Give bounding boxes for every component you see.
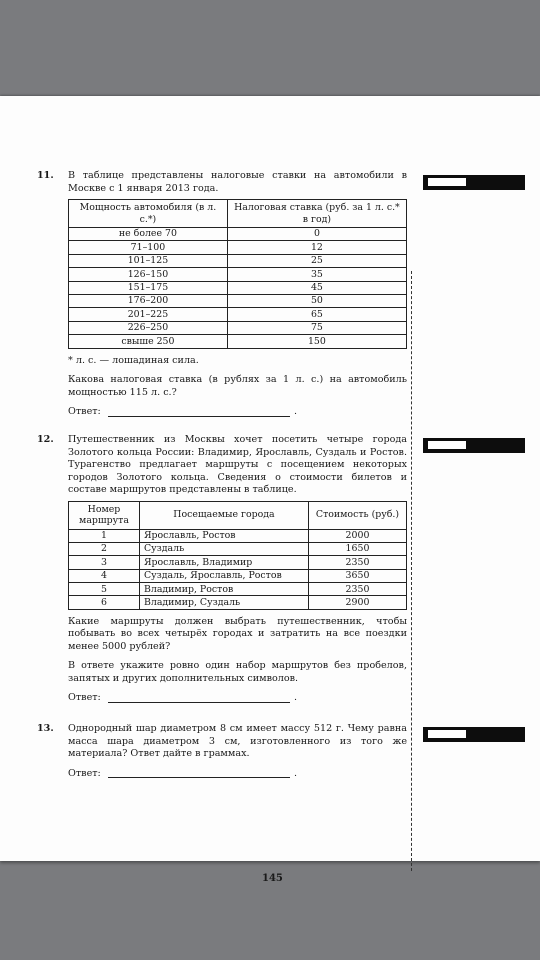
answer-label: Ответ: (68, 406, 108, 419)
table-cell: 3650 (308, 569, 406, 582)
answer-box-cell (428, 730, 466, 738)
table-row: свыше 250150 (69, 335, 407, 348)
task-number: 11. (37, 170, 54, 183)
table-row: 176–20050 (69, 294, 407, 307)
page-number: 145 (262, 873, 283, 884)
table-row: 1Ярославль, Ростов2000 (69, 529, 407, 542)
answer-line: Ответ:. (68, 768, 407, 781)
table-row: 101–12525 (69, 254, 407, 267)
table-row: 71–10012 (69, 241, 407, 254)
task-intro: Путешественник из Москвы хочет посетить … (68, 434, 407, 497)
table-cell: 35 (227, 268, 406, 281)
answer-field[interactable] (108, 407, 290, 417)
table-row: 126–15035 (69, 268, 407, 281)
footnote: * л. с. — лошадиная сила. (68, 355, 407, 368)
table-cell: 12 (227, 241, 406, 254)
answer-label: Ответ: (68, 692, 108, 705)
answer-box-cell (428, 178, 466, 186)
table-cell: 75 (227, 321, 406, 334)
table-cell: 151–175 (69, 281, 228, 294)
table-cell: 101–125 (69, 254, 228, 267)
column-header: Номер маршрута (69, 501, 140, 529)
textbook-page: 11. В таблице представлены налоговые ста… (0, 96, 540, 861)
answer-box-task-13[interactable] (423, 727, 525, 742)
table-cell: 2000 (308, 529, 406, 542)
table-row: 4Суздаль, Ярославль, Ростов3650 (69, 569, 407, 582)
table-cell: 6 (69, 596, 140, 609)
task-number: 12. (37, 434, 54, 447)
task-question: Какие маршруты должен выбрать путешестве… (68, 616, 407, 654)
task-number: 13. (37, 723, 54, 736)
table-cell: 65 (227, 308, 406, 321)
table-cell: 71–100 (69, 241, 228, 254)
table-cell: 226–250 (69, 321, 228, 334)
column-header: Мощность автомобиля (в л. с.*) (69, 200, 228, 228)
table-cell: 2350 (308, 556, 406, 569)
task-intro: В таблице представлены налоговые ставки … (68, 170, 407, 195)
table-cell: 1 (69, 529, 140, 542)
table-row: 5Владимир, Ростов2350 (69, 583, 407, 596)
table-cell: Владимир, Ростов (139, 583, 308, 596)
answer-box-task-12[interactable] (423, 438, 525, 453)
answer-box-task-11[interactable] (423, 175, 525, 190)
table-cell: 50 (227, 294, 406, 307)
table-cell: 0 (227, 228, 406, 241)
tax-rate-table: Мощность автомобиля (в л. с.*) Налоговая… (68, 199, 407, 349)
answer-line: Ответ:. (68, 406, 407, 419)
column-header: Посещаемые города (139, 501, 308, 529)
table-cell: 2350 (308, 583, 406, 596)
answer-box-cell (428, 441, 466, 449)
task-12: 12. Путешественник из Москвы хочет посет… (37, 434, 407, 705)
task-question: Какова налоговая ставка (в рублях за 1 л… (68, 374, 407, 399)
table-row: 6Владимир, Суздаль2900 (69, 596, 407, 609)
answer-field[interactable] (108, 768, 290, 778)
table-cell: свыше 250 (69, 335, 228, 348)
cut-line-divider (411, 271, 412, 871)
column-header: Налоговая ставка (руб. за 1 л. с.* в год… (227, 200, 406, 228)
table-cell: 2900 (308, 596, 406, 609)
table-cell: Ярославль, Владимир (139, 556, 308, 569)
table-row: 3Ярославль, Владимир2350 (69, 556, 407, 569)
table-row: 2Суздаль1650 (69, 542, 407, 555)
table-cell: 2 (69, 542, 140, 555)
answer-line: Ответ:. (68, 692, 407, 705)
table-cell: не более 70 (69, 228, 228, 241)
table-row: 151–17545 (69, 281, 407, 294)
table-cell: Суздаль (139, 542, 308, 555)
answer-label: Ответ: (68, 768, 108, 781)
task-question: Однородный шар диаметром 8 см имеет масс… (68, 723, 407, 761)
task-instruction: В ответе укажите ровно один набор маршру… (68, 660, 407, 685)
table-cell: 3 (69, 556, 140, 569)
table-cell: 45 (227, 281, 406, 294)
table-cell: Ярославль, Ростов (139, 529, 308, 542)
table-row: 226–25075 (69, 321, 407, 334)
table-cell: 176–200 (69, 294, 228, 307)
table-cell: 150 (227, 335, 406, 348)
column-header: Стоимость (руб.) (308, 501, 406, 529)
routes-table: Номер маршрута Посещаемые города Стоимос… (68, 501, 407, 610)
table-cell: 4 (69, 569, 140, 582)
answer-field[interactable] (108, 693, 290, 703)
table-cell: 126–150 (69, 268, 228, 281)
table-cell: 5 (69, 583, 140, 596)
task-11: 11. В таблице представлены налоговые ста… (37, 170, 407, 419)
table-row: не более 700 (69, 228, 407, 241)
task-13: 13. Однородный шар диаметром 8 см имеет … (37, 723, 407, 780)
table-row: 201–22565 (69, 308, 407, 321)
table-cell: 201–225 (69, 308, 228, 321)
table-cell: 25 (227, 254, 406, 267)
table-cell: 1650 (308, 542, 406, 555)
table-cell: Суздаль, Ярославль, Ростов (139, 569, 308, 582)
table-cell: Владимир, Суздаль (139, 596, 308, 609)
